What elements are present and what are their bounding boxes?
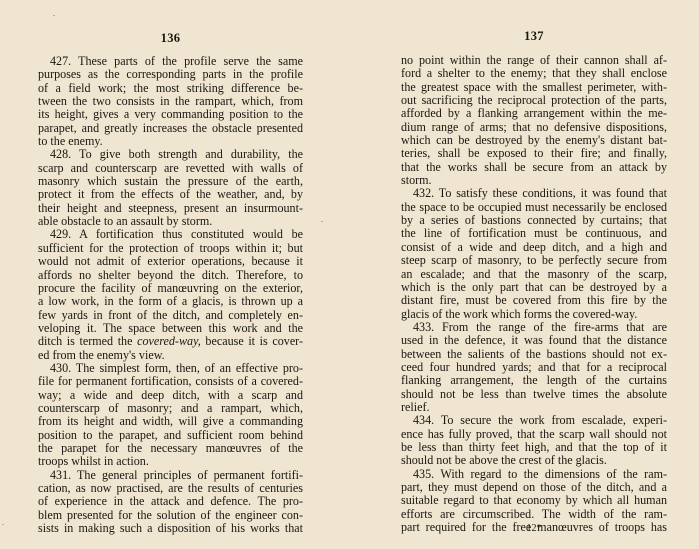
left-page: 136 427. These parts of the profile serv… bbox=[38, 0, 303, 549]
text-line: part, they must depend on those of the d… bbox=[401, 481, 667, 494]
text-segment: because it is cover- bbox=[201, 335, 303, 348]
page-text: 427. These parts of the profile serve th… bbox=[38, 55, 303, 535]
text-line: steep scarp of masonry, to be perfectly … bbox=[401, 254, 667, 267]
text-line: able obstacle to an assault by storm. bbox=[38, 215, 303, 228]
text-line: few yards in front of the ditch, and com… bbox=[38, 309, 303, 322]
text-line: its height, gives a very commanding posi… bbox=[38, 108, 303, 121]
text-line: tween the two consists in the rampart, w… bbox=[38, 95, 303, 108]
text-line: glacis of the work which forms the cover… bbox=[401, 308, 667, 321]
text-line: their height and steepness, present an i… bbox=[38, 202, 303, 215]
right-page: 137 no point within the range of their c… bbox=[401, 0, 667, 549]
text-line: should not be less than twelve times the… bbox=[401, 388, 667, 401]
text-line: cation, as now practised, are the result… bbox=[38, 482, 303, 495]
text-line: ditch is termed the covered-way, because… bbox=[38, 335, 303, 348]
text-line: way; a wide and deep ditch, with a scarp… bbox=[38, 389, 303, 402]
text-segment: ditch is termed the bbox=[38, 335, 137, 348]
paragraph-start-line: 429. A fortification thus constituted wo… bbox=[38, 228, 303, 241]
text-line: which can be destroyed by the enemy's di… bbox=[401, 134, 667, 147]
text-line: dium range of arms; that no defensive di… bbox=[401, 121, 667, 134]
text-line: distant fire, must be covered from this … bbox=[401, 294, 667, 307]
text-line: used in the defence, it was found that t… bbox=[401, 334, 667, 347]
paragraph-start-line: 432. To satisfy these conditions, it was… bbox=[401, 187, 667, 200]
text-line: counterscarp of masonry; and a rampart, … bbox=[38, 402, 303, 415]
text-line: be less than thirty feet high, and that … bbox=[401, 441, 667, 454]
page-number: 136 bbox=[38, 31, 303, 46]
text-line: position to the parapet, and sufficient … bbox=[38, 429, 303, 442]
text-line: purposes as the corresponding parts in t… bbox=[38, 68, 303, 81]
text-line: troops whilst in action. bbox=[38, 455, 303, 468]
text-line: ford a shelter to the enemy; that they s… bbox=[401, 67, 667, 80]
text-line: scarp and counterscarp are revetted with… bbox=[38, 162, 303, 175]
text-line: should not be above the crest of the gla… bbox=[401, 454, 667, 467]
scan-speck bbox=[53, 15, 55, 16]
page-text: no point within the range of their canno… bbox=[401, 54, 667, 534]
text-line: file for permanent fortification, consis… bbox=[38, 375, 303, 388]
text-line: between the salients of the bastions sho… bbox=[401, 348, 667, 361]
signature-mark: 12* bbox=[401, 523, 667, 534]
text-line: the parapet for the necessary manœuvres … bbox=[38, 442, 303, 455]
scan-speck bbox=[321, 221, 323, 222]
text-line: the space to be occupied must necessaril… bbox=[401, 201, 667, 214]
text-line: protect it from the effects of the weath… bbox=[38, 188, 303, 201]
scan-speck bbox=[2, 524, 4, 525]
text-line: flanking arrangement, the length of the … bbox=[401, 374, 667, 387]
text-line: by a series of bastions connected by cur… bbox=[401, 214, 667, 227]
paragraph-start-line: 435. With regard to the dimensions of th… bbox=[401, 468, 667, 481]
text-line: of experience in the attack and defence.… bbox=[38, 495, 303, 508]
text-line: suitable regard to that economy by which… bbox=[401, 494, 667, 507]
text-line: out sacrificing the reciprocal protectio… bbox=[401, 94, 667, 107]
text-line: teries, shall be exposed to their fire; … bbox=[401, 147, 667, 160]
text-line: procure the facility of manœuvring on th… bbox=[38, 282, 303, 295]
text-line: the greatest space with the smallest per… bbox=[401, 81, 667, 94]
text-line: of a field work; the most striking diffe… bbox=[38, 82, 303, 95]
text-line: parapet, and greatly increases the obsta… bbox=[38, 122, 303, 135]
text-line: ceed four hundred yards; and that for a … bbox=[401, 361, 667, 374]
paragraph-start-line: 431. The general principles of permanent… bbox=[38, 469, 303, 482]
italic-term: covered-way, bbox=[137, 335, 201, 348]
text-line: relief. bbox=[401, 401, 667, 414]
text-line: which is the only part that can be destr… bbox=[401, 281, 667, 294]
paragraph-start-line: 430. The simplest form, then, of an effe… bbox=[38, 362, 303, 375]
text-line: no point within the range of their canno… bbox=[401, 54, 667, 67]
text-line: sists in making such a disposition of hi… bbox=[38, 522, 303, 535]
text-line: from its height and width, will give a c… bbox=[38, 415, 303, 428]
text-line: ed from the enemy's view. bbox=[38, 349, 303, 362]
text-line: consist of a wide and deep ditch, and a … bbox=[401, 241, 667, 254]
text-line: efforts are circumscribed. The width of … bbox=[401, 508, 667, 521]
paragraph-start-line: 428. To give both strength and durabilit… bbox=[38, 148, 303, 161]
text-line: affords no shelter beyond the ditch. The… bbox=[38, 269, 303, 282]
text-line: afforded by a flanking arrangement withi… bbox=[401, 107, 667, 120]
text-line: storm. bbox=[401, 174, 667, 187]
text-line: blem presented for the solution of the e… bbox=[38, 509, 303, 522]
paragraph-start-line: 434. To secure the work from escalade, e… bbox=[401, 414, 667, 427]
text-line: the line of fortification must be contin… bbox=[401, 227, 667, 240]
text-line: to the enemy. bbox=[38, 135, 303, 148]
text-line: an escalade; and that the masonry of the… bbox=[401, 268, 667, 281]
text-line: sufficient for the protection of troops … bbox=[38, 242, 303, 255]
text-line: ence has fully proved, that the scarp wa… bbox=[401, 428, 667, 441]
text-line: veloping it. The space between this work… bbox=[38, 322, 303, 335]
paragraph-start-line: 433. From the range of the fire-arms tha… bbox=[401, 321, 667, 334]
page-number: 137 bbox=[401, 29, 667, 44]
text-line: a low work, in the form of a glacis, is … bbox=[38, 295, 303, 308]
text-line: that the works shall be secure from an a… bbox=[401, 161, 667, 174]
paragraph-start-line: 427. These parts of the profile serve th… bbox=[38, 55, 303, 68]
text-line: masonry which sustain the pressure of th… bbox=[38, 175, 303, 188]
text-line: would not admit of exterior operations, … bbox=[38, 255, 303, 268]
